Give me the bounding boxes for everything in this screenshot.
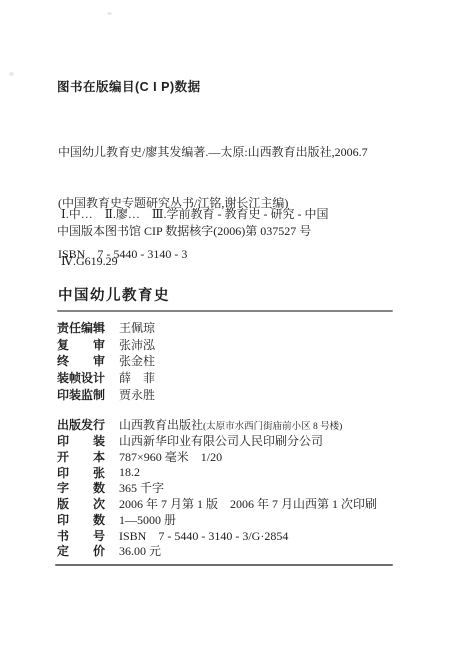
title-divider — [57, 310, 393, 312]
staff-role-label: 装帧设计 — [57, 369, 105, 386]
staff-name: 张金柱 — [119, 352, 155, 369]
staff-credits: 责任编辑 王佩琼 复 审 张沛泓 终 审 张金柱 装帧设计 薛 菲 印装监制 贾… — [57, 319, 155, 402]
publication-label: 出版发行 — [57, 416, 105, 433]
publication-row: 印 数 1—5000 册 — [57, 512, 377, 528]
print-run-value: 1—5000 册 — [119, 511, 176, 528]
printer-name: 山西新华印业有限公司人民印刷分公司 — [119, 432, 323, 449]
staff-name: 张沛泓 — [119, 336, 155, 353]
scan-speck — [9, 72, 14, 76]
staff-row: 复 审 张沛泓 — [57, 336, 155, 353]
word-count-value: 365 千字 — [119, 479, 164, 496]
cip-classification-line: Ⅰ.中… Ⅱ.廖… Ⅲ.学前教育 - 教育史 - 研究 - 中国 — [61, 207, 328, 223]
publication-label: 书 号 — [57, 527, 105, 544]
publication-row: 定 价 36.00 元 — [57, 543, 377, 559]
publication-info: 出版发行 山西教育出版社 (太原市水西门街庙前小区 8 号楼) 印 装 山西新华… — [57, 417, 377, 559]
staff-row: 终 审 张金柱 — [57, 352, 155, 369]
publisher-address: (太原市水西门街庙前小区 8 号楼) — [203, 418, 342, 432]
publication-label: 版 次 — [57, 495, 105, 512]
staff-role-label: 责任编辑 — [57, 319, 105, 336]
publication-label: 字 数 — [57, 479, 105, 496]
cip-title-statement: 中国幼儿教育史/廖其发编著.—太原:山西教育出版社,2006.7 — [58, 144, 368, 161]
publication-label: 印 张 — [57, 464, 105, 481]
publisher-name: 山西教育出版社 — [119, 416, 203, 433]
bottom-divider — [55, 564, 393, 566]
publication-row: 印 装 山西新华印业有限公司人民印刷分公司 — [57, 433, 377, 449]
publication-label: 印 数 — [57, 511, 105, 528]
staff-role-label: 印装监制 — [57, 386, 105, 403]
publication-row: 书 号 ISBN 7 - 5440 - 3140 - 3/G·2854 — [57, 527, 377, 543]
publication-row: 出版发行 山西教育出版社 (太原市水西门街庙前小区 8 号楼) — [57, 417, 377, 433]
publication-label: 定 价 — [57, 542, 105, 559]
price-value: 36.00 元 — [119, 542, 161, 559]
staff-row: 印装监制 贾永胜 — [57, 386, 155, 403]
edition-value: 2006 年 7 月第 1 版 2006 年 7 月山西第 1 次印刷 — [119, 495, 377, 512]
book-title: 中国幼儿教育史 — [58, 284, 170, 305]
publication-row: 字 数 365 千字 — [57, 480, 377, 496]
scan-speck — [107, 12, 112, 15]
publication-row: 版 次 2006 年 7 月第 1 版 2006 年 7 月山西第 1 次印刷 — [57, 496, 377, 512]
publication-row: 开 本 787×960 毫米 1/20 — [57, 449, 377, 465]
copyright-page: 图书在版编目(C I P)数据 中国幼儿教育史/廖其发编著.—太原:山西教育出版… — [0, 0, 450, 656]
staff-role-label: 终 审 — [57, 352, 105, 369]
publication-row: 印 张 18.2 — [57, 464, 377, 480]
cip-classification-code: Ⅳ.G619.29 — [61, 254, 328, 270]
format-value: 787×960 毫米 1/20 — [119, 448, 222, 465]
sheets-value: 18.2 — [119, 465, 140, 480]
staff-row: 责任编辑 王佩琼 — [57, 319, 155, 336]
staff-row: 装帧设计 薛 菲 — [57, 369, 155, 386]
staff-name: 王佩琼 — [119, 319, 155, 336]
staff-name: 薛 菲 — [119, 369, 155, 386]
cip-header: 图书在版编目(C I P)数据 — [57, 77, 201, 95]
staff-name: 贾永胜 — [119, 386, 155, 403]
cip-record-number: 中国版本图书馆 CIP 数据核字(2006)第 037527 号 — [57, 222, 311, 239]
book-number-value: ISBN 7 - 5440 - 3140 - 3/G·2854 — [119, 527, 288, 544]
publication-label: 印 装 — [57, 432, 105, 449]
staff-role-label: 复 审 — [57, 336, 105, 353]
publication-label: 开 本 — [57, 448, 105, 465]
